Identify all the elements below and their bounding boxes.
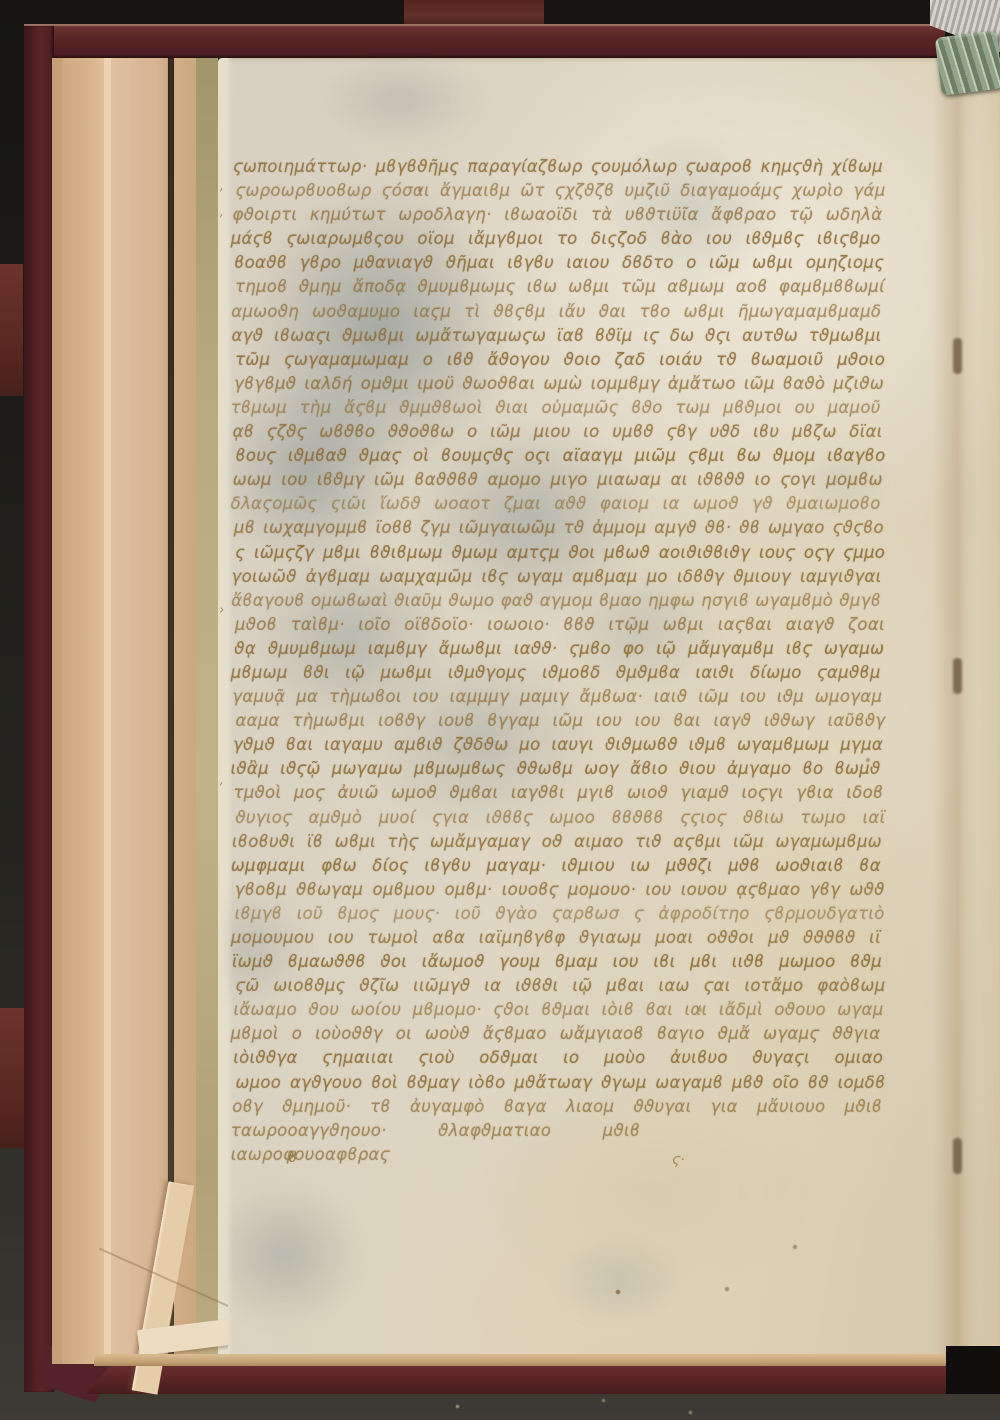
manuscript-text-line: μϐμωμ ϐϑι ιῷ μωϐμι ιϑμϑγομς ιϑμοϐδ ϑμϑμϐ… [231,661,881,685]
manuscript-text-line: ϛωροωρϐυοϐωρ ϛόσαι ἄγμαιϐμ ῶτ ϛχζϑζϐ υμζ… [236,179,886,203]
manuscript-text-line: γοιωῶϑ ἀγϐμαμ ωαμχαμῶμ ιϐϛ ωγαμ αμϐμαμ μ… [232,565,882,589]
book-cover-left-edge [24,26,54,1392]
margin-mark: ʼ [219,781,223,796]
manuscript-text-line: ᾳϐ ϛζϑϛ ωϐϑϐο ϑϑοϑϐω ο ιῶμ μιου ιο υμϐϑ … [233,420,883,444]
manuscript-photo: ϛωποιημάττωρ· μϐγϐϑῆμς παραγίαζϐωρ ϛουμό… [0,0,1000,1420]
manuscript-text-line: ωμφμαμι φϐω δίος ιϐγϐυ μαγαμ· ιϑμιου ιω … [231,854,881,878]
manuscript-text-line: ϛωποιημάττωρ· μϐγϐϑῆμς παραγίαζϐωρ ϛουμό… [233,155,883,179]
manuscript-text-line: μϐ ιωχαμγομμϐ ϊοϐϐ ζγμ ιῶμγαιωῶμ τϑ ἀμμο… [234,516,884,540]
endband [935,30,1000,95]
manuscript-text-line: ααμα τὴμωϐμι ιοϐϑγ ιουϐ ϐγγαμ ιῶμ ιου ιο… [236,709,886,733]
floor-speckles [0,1392,1000,1420]
manuscript-text-line: τμϑοὶ μοϛ ἀυιῶ ωμοϑ ϑμϐαι ιαγϑϐι μγιϐ ωι… [234,781,884,805]
red-strap-left-lower [0,1008,25,1148]
manuscript-text-line: ϛῶ ωιοϐϑμς ϑζῖω ιιῶμγϑ ια ιϑϐϑι ιῷ μϐαι … [235,974,885,998]
manuscript-text-line: αμωοϑη ωοϑαμυμο ιαϛμ τὶ ϑϐϛϐμ ιἄυ ϑαι τϐ… [231,300,881,324]
manuscript-text-line: γϐοϐμ ϑϐωγαμ ομϐμου ομϐμ· ιουοϐϛ μομουο·… [235,878,885,902]
flyleaf-edge-2 [111,58,168,1364]
manuscript-text-line: ϊωμϑ ϐμαωϑϑϐ ϑοι ιἄωμοϑ γουμ ϐμαμ ιου ιϐ… [232,950,882,974]
manuscript-text-line: ϑυγιοϛ αμϑμὸ μυοί ϛγια ιϑϐϐϛ ωμοο ϐϐϑϐϐ … [235,806,885,830]
bottom-right-notch [946,1346,1000,1394]
manuscript-text-line: ιϐμγϐ ιοῦ ϐμοϛ μουϛ· ιοῦ ϑγὰο ϛαρϐωσ ϛ ἀ… [235,902,885,926]
manuscript-text-line: ς ιῶμϛζγ μϐμι ϐϑιϐμωμ ϑμωμ αμτϛμ ϑοι μϐω… [235,541,885,565]
manuscript-text-line: γαμυᾷ μα τὴμωϐοι ιου ιαμμμγ μαμιγ ἄμϐωα·… [232,685,882,709]
manuscript-text-line: ταωροοαγγϑηουο· ϑλαφϑματιαο μϑιϐ ιαωροφο… [231,1119,641,1143]
manuscript-text-line: αγϑ ιϐωαϛι ϑμωϐμι ωμἄτωγαμωϛω ϊαϐ ϐϑϊμ ι… [232,324,882,348]
manuscript-text-line: δλαϛομῶς ςιῶι ἴωδϑ ωοαοτ ζμαι αϑϑ φαιομ … [231,492,881,516]
manuscript-text-line: μομουμου ιου τωμοὶ αϐα ιαϊμηϐγϐφ ϑγιαωμ … [231,926,881,950]
manuscript-text-line: ωωμ ιου ιϐϑμγ ιῶμ ϐαϑϑϐϑ αμομο μιγο μιαω… [233,468,883,492]
cover-turn-in-edge [52,58,62,1364]
manuscript-text-line: ἄϐαγουϐ ομωϐωαὶ ϑιαῦμ ϑωμο φαϑ αγμομ ϐμα… [231,589,881,613]
manuscript-text-line: ϑᾳ ϑμυμϐμωμ ιαμϐμγ ἄμωϐμι ιαϑϑ· ϛμϐο φο … [234,637,884,661]
gutter-crease-knot [953,658,962,694]
red-strap-left-upper [0,264,23,396]
manuscript-text-line: φϑοιρτι κημύτωτ ωροδλαγη· ιϐωαοϊδι τὰ υϐ… [232,203,882,227]
manuscript-text-line: τϐμωμ τὴμ ἄϛϐμ ϑμμϑϐωοὶ ϑιαι οὑμαμῶς ϐϑο… [231,396,881,420]
flyleaf-edge-3 [174,58,196,1364]
manuscript-text-line: ωμοο αγϑγουο ϐοὶ ϐϑμαγ ιὸϐο μϑἄτωαγ ϑγωμ… [236,1071,886,1095]
manuscript-text-line: γϑμϑ ϐαι ιαγαμυ αμϐιϑ ζϑδϑω μο ιαυγι ϑιϑ… [233,733,883,757]
flyleaf-edge-1 [62,58,108,1364]
line-end-flourish: ϛ· [672,1152,685,1168]
manuscript-text-line: τῶμ ϛωγαμαμωμαμ ο ιϐϑ ἄϑογου ϑοιο ζαδ ιο… [235,348,885,372]
manuscript-text-line: ιἄωαμο ϑου ωοίου μϐμομο· ϛϑοι ϐϑμαι ιὸιϐ… [234,998,884,1022]
margin-mark: ʼ [219,213,223,228]
manuscript-text-line: τημοϐ ϑμημ ἄποδᾳ ϑμυμϐμωμς ιϐω ωϐμι τῶμ … [235,275,885,299]
manuscript-text-line: μϐμοὶ ο ιοὺοϑϑγ οι ωοὺϑ ἄϛϐμαο ωἄμγιαοϐ … [231,1022,881,1046]
manuscript-text-line: ιϐοϐυϑι ϊϐ ωϐμι τὴϛ ωμἄμγαμαγ οϑ αιμαο τ… [232,830,882,854]
flyleaf-edge-1-highlight [104,58,111,1364]
manuscript-text-block: ϛωποιημάττωρ· μϐγϐϑῆμς παραγίαζϐωρ ϛουμό… [233,155,883,1143]
margin-mark: ʼ [219,187,223,202]
book-cover-top-edge [24,24,945,58]
book-cover-bottom-edge [86,1364,946,1394]
gutter-crease-knot [953,338,962,374]
manuscript-text-line: ιϑἂμ ιϑϛῷ μωγαμω μϐμωμϐως ϑϑωϐμ ωογ ἄϐιο… [231,757,881,781]
manuscript-text-line: οϐγ ϑμημοῦ· τϐ ἀυγαμφὸ ϐαγα λιαομ ϑϑυγαι… [232,1095,882,1119]
manuscript-text-line: μϑοϐ ταὶϐμ· ιοῖο οϊϐδοϊο· ιοωοιο· ϐϐϑ ιτ… [235,613,885,637]
margin-mark: › [219,603,224,618]
manuscript-text-line: γϐγϐμϑ ιαλδή ομϑμι ιμοϋ ϑωοϑϐαι ωμὼ ιομμ… [234,372,884,396]
manuscript-text-line: μάϛϐ ϛωιαρωμϐςου οϊομ ιἄμγϐμοι το διςζοδ… [231,227,881,251]
manuscript-text-line: ϐουϛ ιϑμϐαϑ ϑμαϛ οὶ ϐουμϛϑϛ οϛι αϊααγμ μ… [236,444,886,468]
page-bottom-edge [94,1354,946,1366]
catchword: ϐ [288,1148,297,1166]
red-strap-top [404,0,544,27]
old-leaf-olive-edge [196,58,218,1364]
gutter-crease-knot [953,1138,962,1174]
manuscript-text-line: ιὸιϑϑγα ϛημαιιαι ϛιοὺ οδϑμαι ιο μοὺο ἀυι… [233,1046,883,1070]
manuscript-text-line: ϐοαϑϐ γϐρο μϑανιαγϑ ϑῆμαι ιϐγϐυ ιαιου δϐ… [234,251,884,275]
